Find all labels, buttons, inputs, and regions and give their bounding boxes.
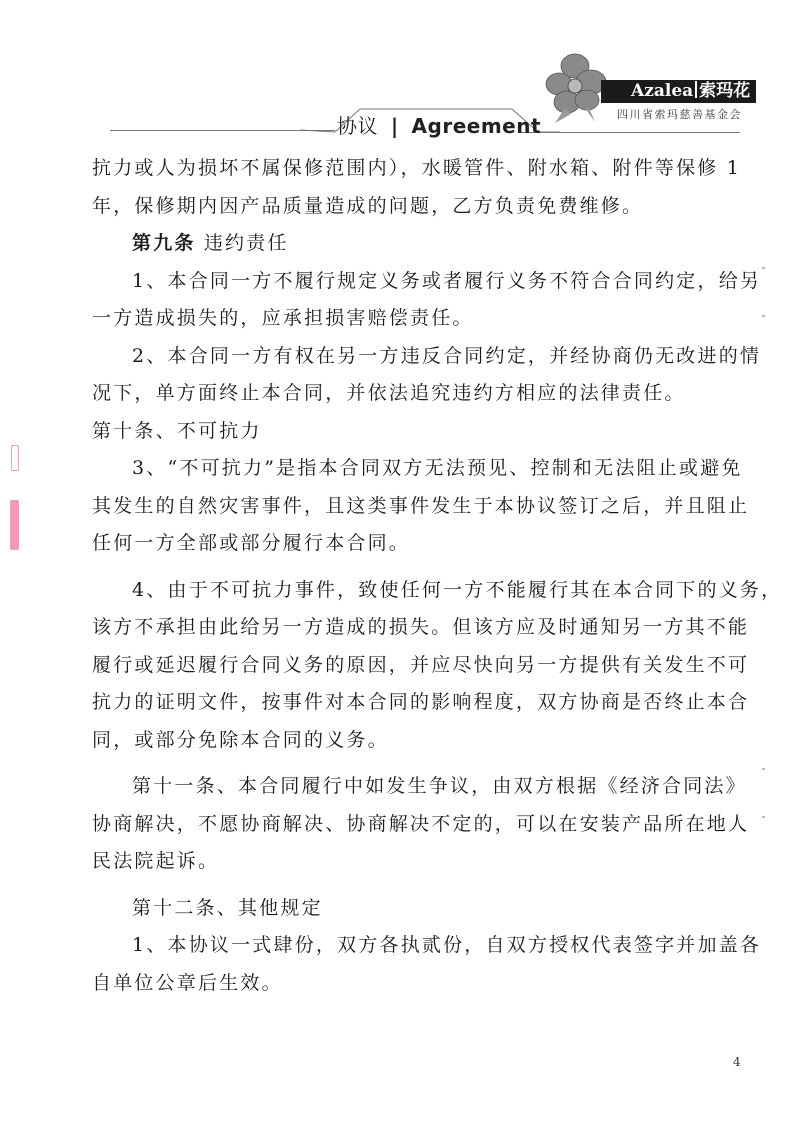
logo-banner: Azalea索玛花 xyxy=(601,80,756,103)
stamp-mark-top xyxy=(11,445,19,471)
body-line-4: 1、本合同一方不履行规定义务或者履行义务不符合合同约定，给另 xyxy=(92,263,772,301)
body-line-15: 抗力的证明文件，按事件对本合同的影响程度，双方协商是否终止本合 xyxy=(92,684,772,722)
foundation-logo: Azalea索玛花 四川省索玛慈善基金会 xyxy=(545,48,745,128)
stamp-mark-bottom xyxy=(10,500,19,550)
logo-divider xyxy=(695,81,697,98)
document-body: 抗力或人为损坏不属保修范围内），水暖管件、附水箱、附件等保修 1 年，保修期内因… xyxy=(92,150,772,1002)
body-line-13: 该方不承担由此给另一方造成的损失。但该方应及时通知另一方其不能 xyxy=(92,609,772,647)
logo-brand-en: Azalea xyxy=(631,81,693,101)
body-line-6: 2、本合同一方有权在另一方违反合同约定，并经协商仍无改进的情 xyxy=(92,338,772,376)
article-number: 第九条 xyxy=(132,232,196,254)
scan-speck xyxy=(762,768,765,770)
scan-speck xyxy=(762,267,765,269)
logo-organization: 四川省索玛慈善基金会 xyxy=(617,106,742,122)
body-line-5: 一方造成损失的，应承担损害赔偿责任。 xyxy=(92,300,772,338)
section-heading-article-12: 第十二条、其他规定 xyxy=(92,890,772,928)
body-line-18: 协商解决，不愿协商解决、协商解决不定的，可以在安装产品所在地人 xyxy=(92,806,772,844)
body-line-21: 1、本协议一式肆份，双方各执贰份，自双方授权代表签字并加盖各 xyxy=(92,927,772,965)
scan-speck xyxy=(762,816,765,818)
title-en: Agreement xyxy=(412,114,542,138)
document-title: 协议 | Agreement xyxy=(337,110,541,139)
article-title: 违约责任 xyxy=(204,232,289,254)
section-heading-article-11: 第十一条、本合同履行中如发生争议，由双方根据《经济合同法》 xyxy=(92,768,772,806)
scan-speck xyxy=(762,315,765,317)
title-cn: 协议 xyxy=(337,114,378,138)
body-line-1: 抗力或人为损坏不属保修范围内），水暖管件、附水箱、附件等保修 1 xyxy=(92,150,772,188)
body-line-7: 况下，单方面终止本合同，并依法追究违约方相应的法律责任。 xyxy=(92,375,772,413)
body-line-2: 年，保修期内因产品质量造成的问题，乙方负责免费维修。 xyxy=(92,188,772,226)
header-rule-right xyxy=(520,132,740,133)
body-line-16: 同，或部分免除本合同的义务。 xyxy=(92,722,772,760)
section-heading-article-10: 第十条、不可抗力 xyxy=(92,413,772,451)
logo-brand-cn: 索玛花 xyxy=(699,81,750,101)
body-line-10: 其发生的自然灾害事件，且这类事件发生于本协议签订之后，并且阻止 xyxy=(92,488,772,526)
body-line-14: 履行或延迟履行合同义务的原因，并应尽快向另一方提供有关发生不可 xyxy=(92,647,772,685)
body-line-22: 自单位公章后生效。 xyxy=(92,965,772,1003)
body-line-19: 民法院起诉。 xyxy=(92,843,772,881)
page-number: 4 xyxy=(733,1055,741,1069)
section-heading-article-9: 第九条 违约责任 xyxy=(92,225,772,263)
body-line-12: 4、由于不可抗力事件，致使任何一方不能履行其在本合同下的义务， xyxy=(92,572,772,610)
body-line-9: 3、“不可抗力”是指本合同双方无法预见、控制和无法阻止或避免 xyxy=(92,450,772,488)
page-header: 协议 | Agreement Azalea索玛花 四川省索玛慈善基金会 xyxy=(0,0,800,145)
seal-stamp-edge xyxy=(8,445,22,595)
body-line-11: 任何一方全部或部分履行本合同。 xyxy=(92,525,772,563)
title-separator: | xyxy=(391,114,399,138)
